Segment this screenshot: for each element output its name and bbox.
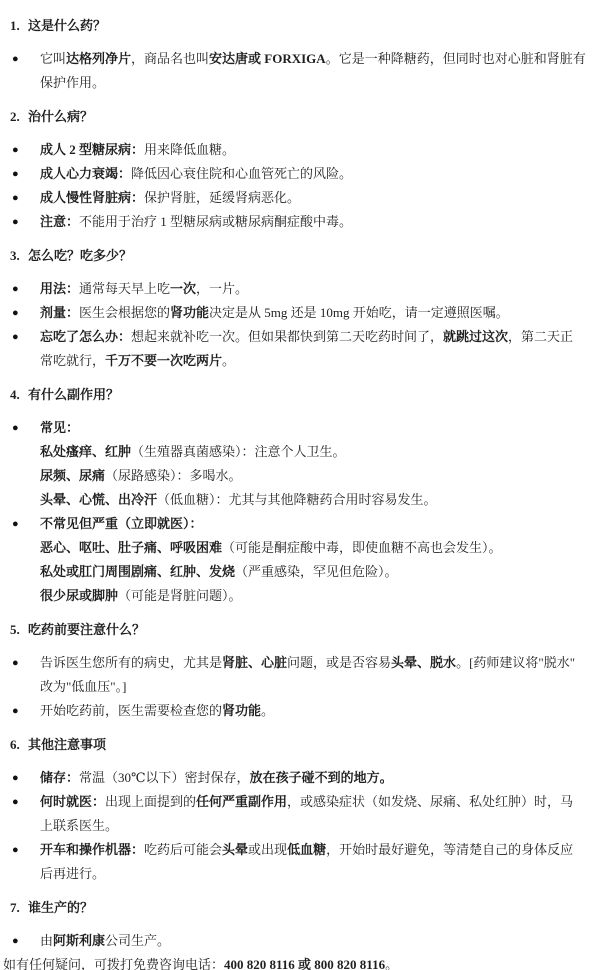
section-title: 吃药前要注意什么？ <box>28 617 145 643</box>
text-segment: 。它是一种降糖药，但同时也对心脏和肾脏有 <box>326 51 586 66</box>
text-segment: 。 <box>261 703 274 718</box>
section-6: 6.其他注意事项●储存：常温（30℃以下）密封保存，放在孩子碰不到的地方。●何时… <box>0 732 608 886</box>
bullet-icon: ● <box>12 929 19 953</box>
text-segment: 私处或肛门周围剧痛、红肿、发烧 <box>40 564 235 579</box>
section-heading: 5.吃药前要注意什么？ <box>0 617 608 643</box>
section-number: 2. <box>10 104 28 130</box>
list-item-line: ●它叫达格列净片，商品名也叫安达唐或 FORXIGA。它是一种降糖药，但同时也对… <box>0 47 608 71</box>
text-segment: 用法： <box>40 281 79 296</box>
text-segment: 上联系医生。 <box>40 818 118 833</box>
text-segment: 忘吃了怎么办： <box>40 329 131 344</box>
sub-item-line: 私处瘙痒、红肿（生殖器真菌感染）：注意个人卫生。 <box>0 440 608 464</box>
section-heading: 4.有什么副作用？ <box>0 382 608 408</box>
text-segment: 。[药师建议将"脱水" <box>456 655 575 670</box>
text-segment: 由 <box>40 933 53 948</box>
text-segment: 成人慢性肾脏病： <box>40 190 144 205</box>
text-segment: 安达唐或 FORXIGA <box>209 51 326 66</box>
sub-item-line: 私处或肛门周围剧痛、红肿、发烧（严重感染，罕见但危险）。 <box>0 560 608 584</box>
section-title: 治什么病？ <box>28 104 93 130</box>
bullet-icon: ● <box>12 186 19 210</box>
text-segment: 肾功能 <box>170 305 209 320</box>
text-segment: 头晕 <box>222 842 248 857</box>
sub-item-line: 很少尿或脚肿（可能是肾脏问题）。 <box>0 584 608 608</box>
bullet-icon: ● <box>12 210 19 234</box>
list-item-line: ●开车和操作机器：吃药后可能会头晕或出现低血糖，开始时最好避免，等清楚自己的身体… <box>0 838 608 862</box>
text-segment: 后再进行。 <box>40 866 105 881</box>
text-segment: 就跳过这次 <box>443 329 508 344</box>
medication-info-document: 1.这是什么药？●它叫达格列净片，商品名也叫安达唐或 FORXIGA。它是一种降… <box>0 13 608 970</box>
section-heading: 2.治什么病？ <box>0 104 608 130</box>
bullet-icon: ● <box>12 162 19 186</box>
text-segment: （尿路感染）：多喝水。 <box>105 468 242 483</box>
text-segment: 成人 2 型糖尿病： <box>40 142 144 157</box>
list-item-line: ●告诉医生您所有的病史，尤其是肾脏、心脏问题，或是否容易头晕、脱水。[药师建议将… <box>0 651 608 675</box>
text-segment: 何时就医： <box>40 794 105 809</box>
list-item-line: 改为"低血压"。] <box>0 675 608 699</box>
list-item-line: ●成人 2 型糖尿病：用来降低血糖。 <box>0 138 608 162</box>
list-item-line: ●常见： <box>0 416 608 440</box>
phone-numbers: 400 820 8116 或 800 820 8116 <box>224 957 385 970</box>
bullet-icon: ● <box>12 766 19 790</box>
bullet-icon: ● <box>12 325 19 349</box>
text-segment: 常温（30℃以下）密封保存， <box>79 770 250 785</box>
text-segment: 开车和操作机器： <box>40 842 144 857</box>
bullet-icon: ● <box>12 138 19 162</box>
text-segment: 任何严重副作用 <box>196 794 287 809</box>
list-item-line: ●用法：通常每天早上吃一次，一片。 <box>0 277 608 301</box>
text-segment: ，商品名也叫 <box>131 51 209 66</box>
bullet-icon: ● <box>12 651 19 675</box>
text-segment: 告诉医生您所有的病史，尤其是 <box>40 655 222 670</box>
bullet-icon: ● <box>12 838 19 862</box>
section-heading: 6.其他注意事项 <box>0 732 608 758</box>
text-segment: 成人心力衰竭： <box>40 166 131 181</box>
section-title: 谁生产的？ <box>28 895 93 921</box>
text-segment: 千万不要一次吃两片 <box>105 353 222 368</box>
section-title: 这是什么药？ <box>28 13 106 39</box>
text-segment: （严重感染，罕见但危险）。 <box>235 564 398 579</box>
text-segment: ，一片。 <box>196 281 248 296</box>
bullet-icon: ● <box>12 47 19 71</box>
text-segment: 它叫 <box>40 51 66 66</box>
text-segment: 想起来就补吃一次。但如果都快到第二天吃药时间了， <box>131 329 443 344</box>
list-item-line: ●不常见但严重（立即就医）： <box>0 512 608 536</box>
text-segment: 头晕、心慌、出冷汗 <box>40 492 157 507</box>
text-segment: 改为"低血压"。] <box>40 679 126 694</box>
text-segment: （低血糖）：尤其与其他降糖药合用时容易发生。 <box>157 492 437 507</box>
text-segment: 肾脏、心脏 <box>222 655 287 670</box>
list-item-line: ●忘吃了怎么办：想起来就补吃一次。但如果都快到第二天吃药时间了，就跳过这次，第二… <box>0 325 608 349</box>
list-item-line: ●剂量：医生会根据您的肾功能决定是从 5mg 还是 10mg 开始吃，请一定遵照… <box>0 301 608 325</box>
text-segment: ，开始时最好避免，等清楚自己的身体反应 <box>326 842 573 857</box>
bullet-icon: ● <box>12 699 19 723</box>
text-segment: 常吃就行， <box>40 353 105 368</box>
section-number: 3. <box>10 243 28 269</box>
list-item-line: ●成人慢性肾脏病：保护肾脏，延缓肾病恶化。 <box>0 186 608 210</box>
text-segment: 问题，或是否容易 <box>287 655 391 670</box>
list-item-line: 后再进行。 <box>0 862 608 886</box>
text-segment: 或出现 <box>248 842 287 857</box>
text-segment: 一次 <box>170 281 196 296</box>
section-number: 4. <box>10 382 28 408</box>
list-item-line: ●成人心力衰竭：降低因心衰住院和心血管死亡的风险。 <box>0 162 608 186</box>
text-segment: （可能是肾脏问题）。 <box>118 588 242 603</box>
section-4: 4.有什么副作用？●常见：私处瘙痒、红肿（生殖器真菌感染）：注意个人卫生。尿频、… <box>0 382 608 608</box>
list-item-line: ●储存：常温（30℃以下）密封保存，放在孩子碰不到的地方。 <box>0 766 608 790</box>
text-segment: 不能用于治疗 1 型糖尿病或糖尿病酮症酸中毒。 <box>79 214 352 229</box>
section-7: 7.谁生产的？●由阿斯利康公司生产。 <box>0 895 608 953</box>
sub-item-line: 尿频、尿痛（尿路感染）：多喝水。 <box>0 464 608 488</box>
text-segment: 恶心、呕吐、肚子痛、呼吸困难 <box>40 540 222 555</box>
list-item-line: ●注意：不能用于治疗 1 型糖尿病或糖尿病酮症酸中毒。 <box>0 210 608 234</box>
text-segment: 放在孩子碰不到的地方。 <box>250 770 393 785</box>
section-title: 有什么副作用？ <box>28 382 119 408</box>
text-segment: 出现上面提到的 <box>105 794 196 809</box>
text-segment: 达格列净片 <box>66 51 131 66</box>
list-item-line: 保护作用。 <box>0 71 608 95</box>
text-segment: 常见： <box>40 420 79 435</box>
document-body: 1.这是什么药？●它叫达格列净片，商品名也叫安达唐或 FORXIGA。它是一种降… <box>0 13 608 953</box>
text-segment: 低血糖 <box>287 842 326 857</box>
text-segment: 用来降低血糖。 <box>144 142 235 157</box>
section-2: 2.治什么病？●成人 2 型糖尿病：用来降低血糖。●成人心力衰竭：降低因心衰住院… <box>0 104 608 234</box>
text-segment: 公司生产。 <box>105 933 170 948</box>
bullet-icon: ● <box>12 277 19 301</box>
text-segment: 保护作用。 <box>40 75 105 90</box>
footer-note: 如有任何疑问，可拨打免费咨询电话：400 820 8116 或 800 820 … <box>0 953 608 970</box>
text-segment: 开始吃药前，医生需要检查您的 <box>40 703 222 718</box>
list-item-line: 常吃就行，千万不要一次吃两片。 <box>0 349 608 373</box>
bullet-icon: ● <box>12 790 19 814</box>
text-segment: 不常见但严重（立即就医）： <box>40 516 203 531</box>
section-title: 其他注意事项 <box>28 732 106 758</box>
text-segment: （可能是酮症酸中毒，即使血糖不高也会发生）。 <box>222 540 502 555</box>
text-segment: 剂量： <box>40 305 79 320</box>
text-segment: 如有任何疑问，可拨打免费咨询电话： <box>3 957 224 970</box>
text-segment: 肾功能 <box>222 703 261 718</box>
text-segment: 医生会根据您的 <box>79 305 170 320</box>
section-1: 1.这是什么药？●它叫达格列净片，商品名也叫安达唐或 FORXIGA。它是一种降… <box>0 13 608 95</box>
section-heading: 7.谁生产的？ <box>0 895 608 921</box>
text-segment: 很少尿或脚肿 <box>40 588 118 603</box>
text-segment: 储存： <box>40 770 79 785</box>
text-segment: 头晕、脱水 <box>391 655 456 670</box>
section-number: 5. <box>10 617 28 643</box>
section-5: 5.吃药前要注意什么？●告诉医生您所有的病史，尤其是肾脏、心脏问题，或是否容易头… <box>0 617 608 723</box>
text-segment: 决定是从 5mg 还是 10mg 开始吃，请一定遵照医嘱。 <box>209 305 509 320</box>
section-number: 6. <box>10 732 28 758</box>
section-heading: 1.这是什么药？ <box>0 13 608 39</box>
section-heading: 3.怎么吃？吃多少？ <box>0 243 608 269</box>
text-segment: 私处瘙痒、红肿 <box>40 444 131 459</box>
bullet-icon: ● <box>12 301 19 325</box>
text-segment: 阿斯利康 <box>53 933 105 948</box>
section-3: 3.怎么吃？吃多少？●用法：通常每天早上吃一次，一片。●剂量：医生会根据您的肾功… <box>0 243 608 373</box>
text-segment: ，或感染症状（如发烧、尿痛、私处红肿）时，马 <box>287 794 573 809</box>
text-segment: 。 <box>222 353 235 368</box>
section-title: 怎么吃？吃多少？ <box>28 243 132 269</box>
text-segment: 尿频、尿痛 <box>40 468 105 483</box>
list-item-line: ●开始吃药前，医生需要检查您的肾功能。 <box>0 699 608 723</box>
bullet-icon: ● <box>12 416 19 440</box>
text-segment: 保护肾脏，延缓肾病恶化。 <box>144 190 300 205</box>
text-segment: 注意： <box>40 214 79 229</box>
sub-item-line: 头晕、心慌、出冷汗（低血糖）：尤其与其他降糖药合用时容易发生。 <box>0 488 608 512</box>
sub-item-line: 恶心、呕吐、肚子痛、呼吸困难（可能是酮症酸中毒，即使血糖不高也会发生）。 <box>0 536 608 560</box>
text-segment: 通常每天早上吃 <box>79 281 170 296</box>
bullet-icon: ● <box>12 512 19 536</box>
section-number: 1. <box>10 13 28 39</box>
section-number: 7. <box>10 895 28 921</box>
text-segment: ，第二天正 <box>508 329 573 344</box>
list-item-line: ●何时就医：出现上面提到的任何严重副作用，或感染症状（如发烧、尿痛、私处红肿）时… <box>0 790 608 814</box>
text-segment: （生殖器真菌感染）：注意个人卫生。 <box>131 444 346 459</box>
text-segment: 吃药后可能会 <box>144 842 222 857</box>
list-item-line: ●由阿斯利康公司生产。 <box>0 929 608 953</box>
text-segment: 降低因心衰住院和心血管死亡的风险。 <box>131 166 352 181</box>
text-segment: 。 <box>385 957 398 970</box>
list-item-line: 上联系医生。 <box>0 814 608 838</box>
